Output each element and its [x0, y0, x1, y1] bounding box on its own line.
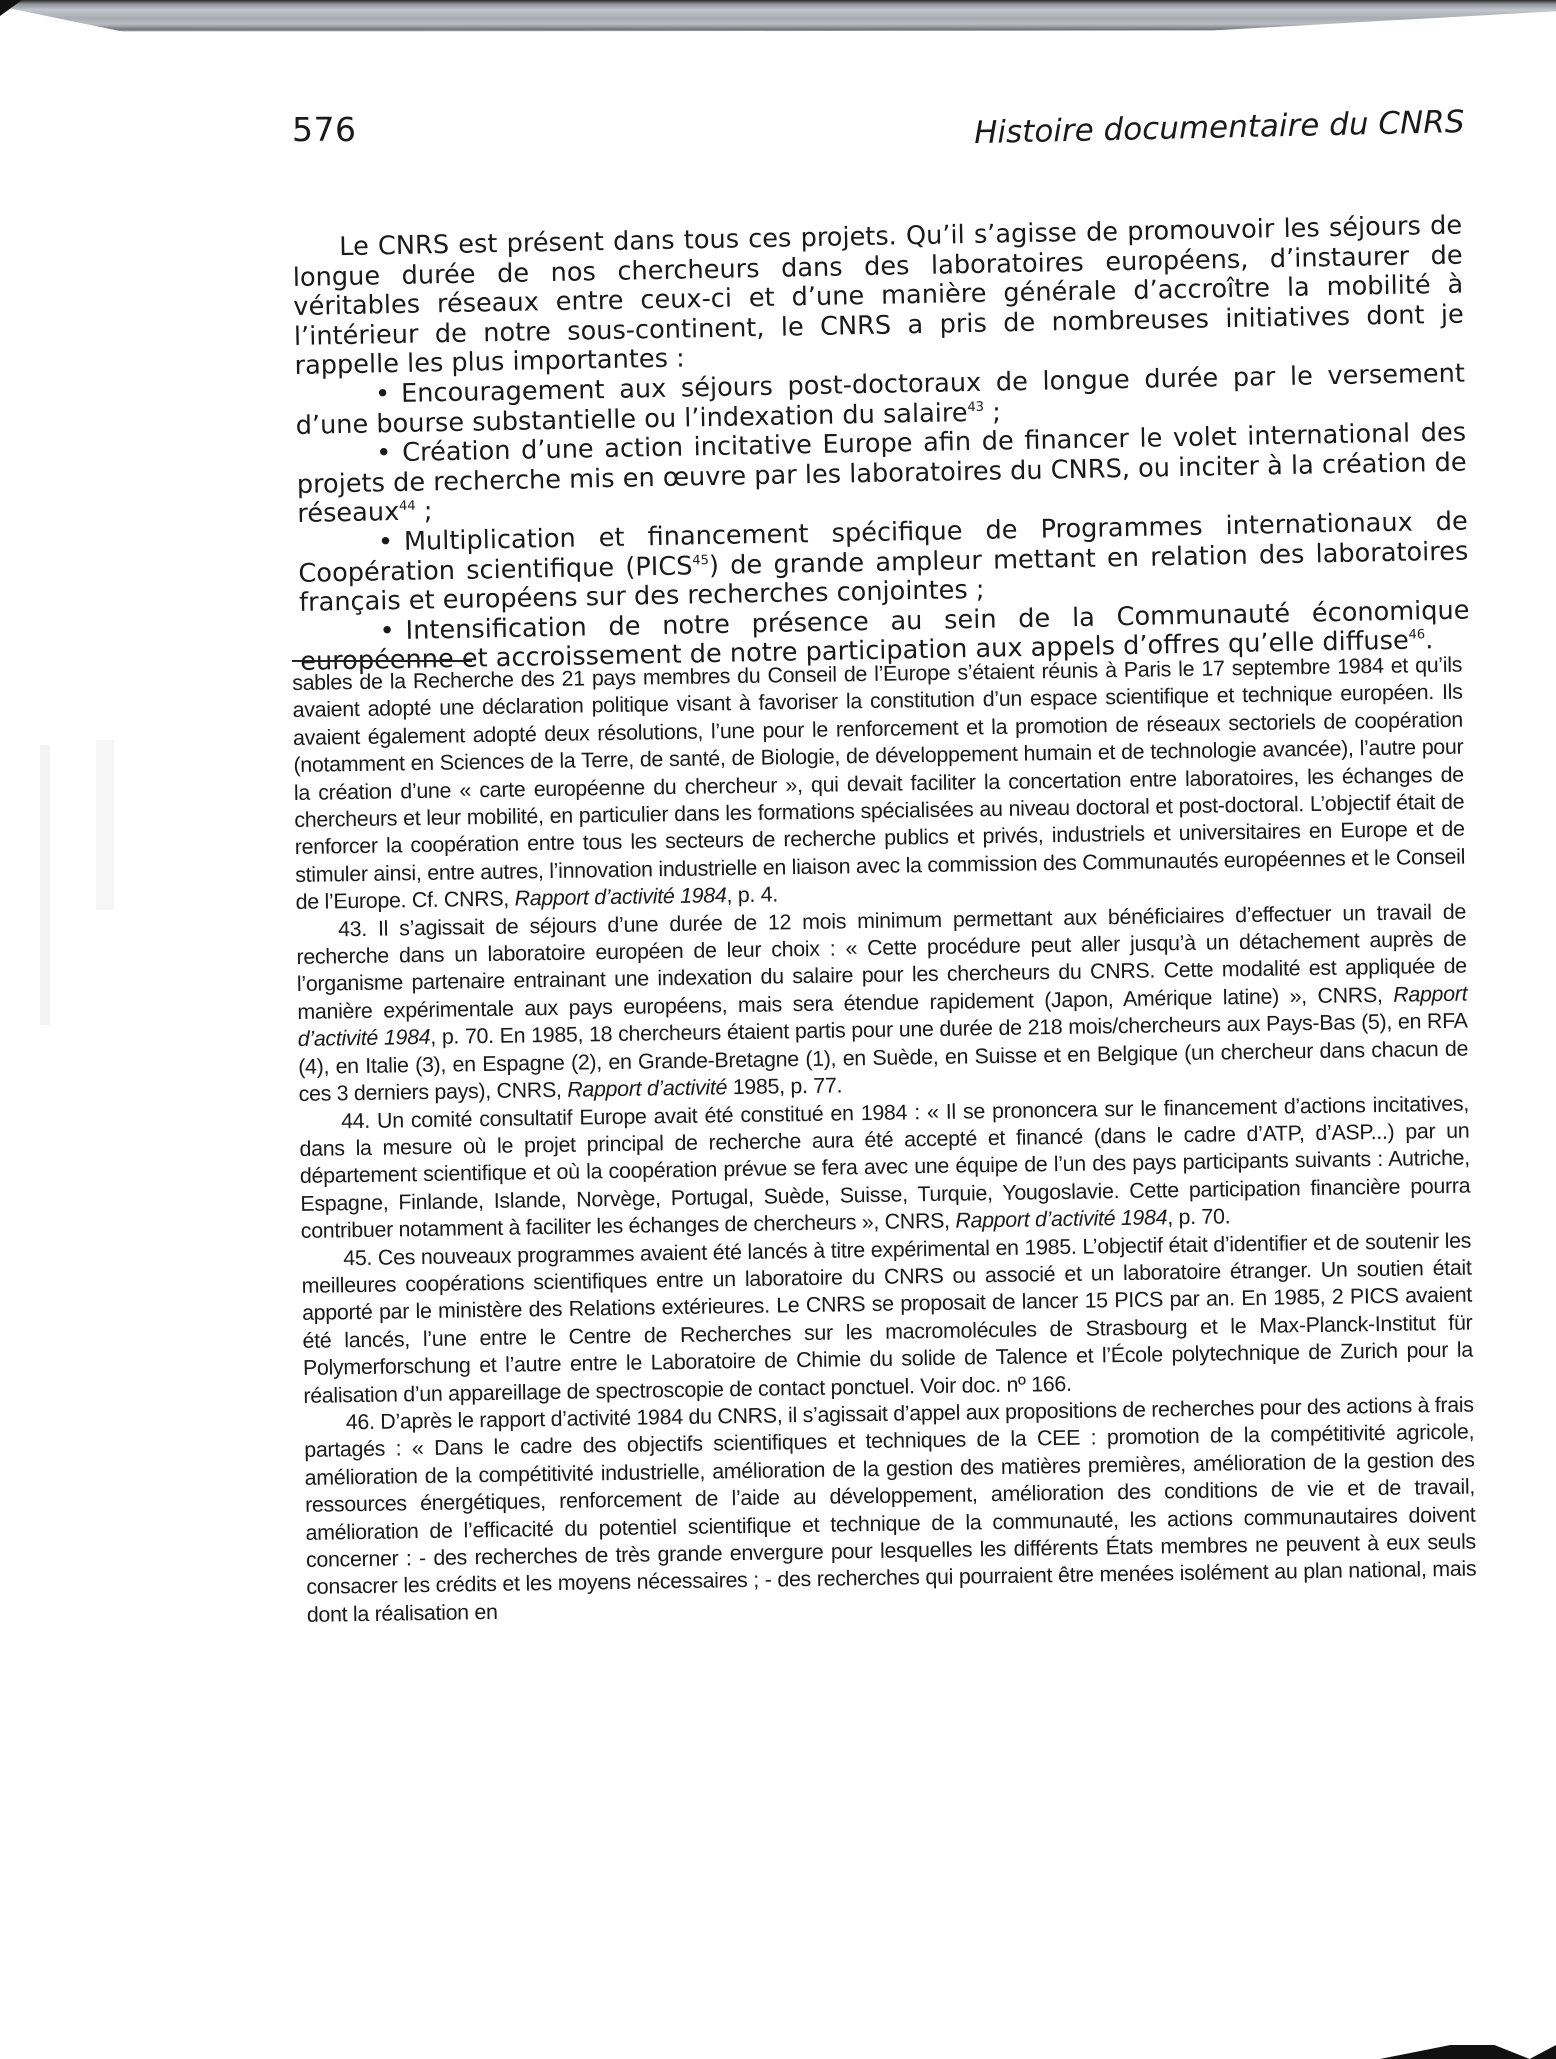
footnote-number: 44.: [341, 1108, 370, 1132]
footnote-number: 45.: [343, 1245, 372, 1269]
scan-artifact-strip: [96, 740, 114, 910]
footnote-text: Il s’agissait de séjours d’une durée de …: [296, 899, 1467, 1024]
footnote-ref[interactable]: 45: [692, 553, 709, 568]
footnote-number: 43.: [338, 917, 367, 941]
footnote-45: 45. Ces nouveaux programmes avaient été …: [301, 1227, 1473, 1410]
scan-artifact-strip: [40, 745, 50, 1025]
citation-title: Rapport d’activité: [567, 1075, 727, 1102]
footnote-text: 1985, p. 77.: [727, 1074, 842, 1100]
citation-title: Rapport d’activité 1984: [955, 1205, 1167, 1232]
bullet-punct: ;: [984, 397, 1001, 427]
citation-title: Rapport d’activité 1984: [514, 883, 726, 910]
footnote-text: Un comité consultatif Europe avait été c…: [299, 1091, 1470, 1243]
footnote-46: 46. D’après le rapport d’activité 1984 d…: [304, 1391, 1477, 1629]
footnote-text: , p. 70.: [1167, 1204, 1230, 1229]
footnote-text: D’après le rapport d’activité 1984 du CN…: [304, 1392, 1476, 1626]
footnote-text: , p. 4.: [726, 883, 778, 908]
running-head: 576 Histoire documentaire du CNRS: [292, 100, 1462, 160]
footnote-continuation: sables de la Recherche des 21 pays membr…: [292, 652, 1466, 917]
footnote-ref[interactable]: 46: [1408, 628, 1425, 643]
footnote-text: , p. 70. En 1985, 18 chercheurs étaient …: [298, 1009, 1468, 1106]
body-text: Le CNRS est présent dans tous ces projet…: [292, 212, 1470, 678]
footnote-ref[interactable]: 44: [399, 499, 416, 514]
page-number: 576: [292, 110, 357, 149]
footnote-ref[interactable]: 43: [967, 399, 984, 414]
footnote-44: 44. Un comité consultatif Europe avait é…: [299, 1090, 1471, 1245]
footnote-separator: [292, 660, 472, 662]
footnote-43: 43. Il s’agissait de séjours d’une durée…: [296, 898, 1469, 1108]
footnotes: sables de la Recherche des 21 pays membr…: [292, 652, 1477, 1629]
scan-bottom-shadow: [1380, 2045, 1556, 2059]
bullet-punct: ;: [415, 497, 432, 527]
running-title: Histoire documentaire du CNRS: [973, 104, 1464, 151]
footnote-text: Ces nouveaux programmes avaient été lanc…: [301, 1228, 1473, 1407]
body-paragraph: Le CNRS est présent dans tous ces projet…: [292, 212, 1465, 382]
book-page: 576 Histoire documentaire du CNRS Le CNR…: [292, 100, 1462, 160]
scan-top-edge: [0, 0, 1556, 32]
footnote-text: sables de la Recherche des 21 pays membr…: [292, 653, 1465, 915]
footnote-number: 46.: [346, 1410, 375, 1434]
